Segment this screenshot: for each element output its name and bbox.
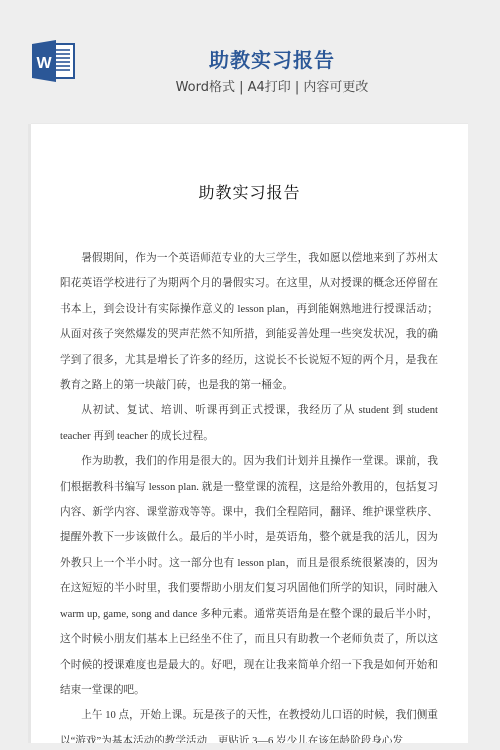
document-body: 暑假期间，作为一个英语师范专业的大三学生，我如愿以偿地来到了苏州太阳花英语学校进… <box>60 246 438 743</box>
document-title: 助教实习报告 <box>31 180 468 203</box>
header-banner: W 助教实习报告 Word格式 | A4打印 | 内容可更改 <box>0 0 500 124</box>
paragraph: 作为助教，我们的作用是很大的。因为我们计划并且操作一堂课。课前，我们根据教科书编… <box>60 449 438 703</box>
document-page: 助教实习报告 暑假期间，作为一个英语师范专业的大三学生，我如愿以偿地来到了苏州太… <box>31 124 468 743</box>
header-title: 助教实习报告 <box>0 44 500 73</box>
paragraph: 上午 10 点，开始上课。玩是孩子的天性，在教授幼儿口语的时候，我们侧重以“游戏… <box>60 703 438 743</box>
paragraph: 暑假期间，作为一个英语师范专业的大三学生，我如愿以偿地来到了苏州太阳花英语学校进… <box>60 246 438 398</box>
header-subtitle: Word格式 | A4打印 | 内容可更改 <box>0 76 500 95</box>
paragraph: 从初试、复试、培训、听课再到正式授课，我经历了从 student 到 stude… <box>60 398 438 449</box>
